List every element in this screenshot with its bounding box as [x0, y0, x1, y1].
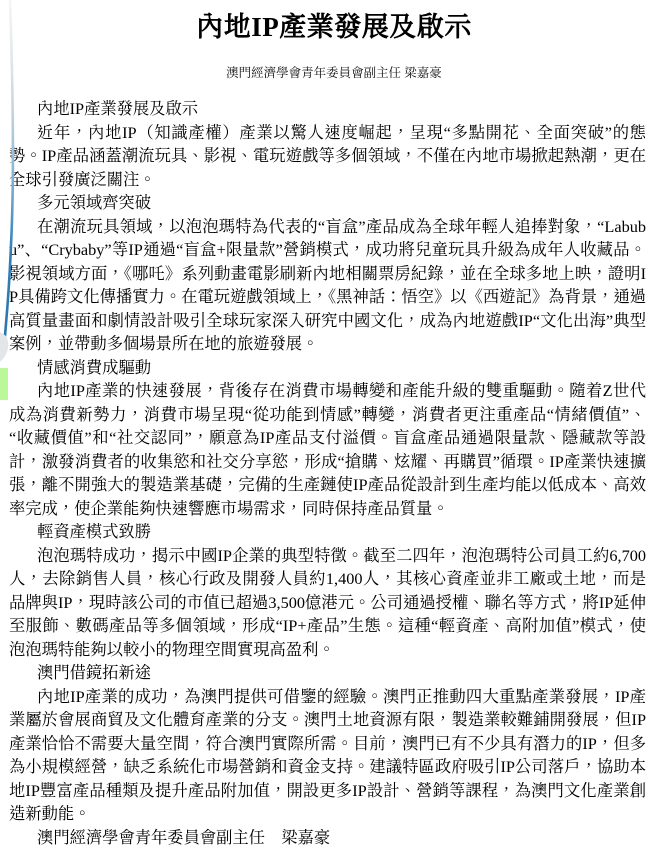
section-heading: 內地IP產業發展及啟示 [9, 97, 646, 121]
page-title: 內地IP產業發展及啟示 [0, 12, 668, 43]
section-heading: 多元領域齊突破 [9, 191, 646, 215]
scan-edge-artifacts [0, 0, 26, 420]
byline: 澳門經濟學會青年委員會副主任 梁嘉豪 [0, 66, 668, 80]
section-paragraph: 近年，內地IP（知識產權）產業以驚人速度崛起，呈現“多點開花、全面突破”的態勢。… [9, 121, 646, 192]
section-paragraph: 泡泡瑪特成功，揭示中國IP企業的典型特徵。截至二四年，泡泡瑪特公司員工約6,70… [9, 544, 646, 662]
section-paragraph: 內地IP產業的成功，為澳門提供可借鑒的經驗。澳門正推動四大重點產業發展，IP產業… [9, 685, 646, 826]
blue-page-edge-line [5, 0, 13, 336]
section-heading: 輕資產模式致勝 [9, 520, 646, 544]
signature-line: 澳門經濟學會青年委員會副主任 梁嘉豪 [9, 826, 646, 850]
section-heading: 澳門借鏡拓新途 [9, 661, 646, 685]
document-page: { "page": { "background": "#ffffff", "te… [0, 0, 668, 857]
article-page: 內地IP產業發展及啟示 澳門經濟學會青年委員會副主任 梁嘉豪 內地IP產業發展及… [0, 12, 668, 849]
green-highlight-mark [0, 368, 8, 400]
page-curl-artifact [0, 332, 8, 362]
section-heading: 情感消費成驅動 [9, 356, 646, 380]
section-paragraph: 在潮流玩具領域，以泡泡瑪特為代表的“盲盒”產品成為全球年輕人追捧對象，“Labu… [9, 215, 646, 356]
article-body: 內地IP產業發展及啟示 近年，內地IP（知識產權）產業以驚人速度崛起，呈現“多點… [0, 97, 668, 849]
section-paragraph: 內地IP產業的快速發展，背後存在消費市場轉變和產能升級的雙重驅動。隨着Z世代成為… [9, 379, 646, 520]
